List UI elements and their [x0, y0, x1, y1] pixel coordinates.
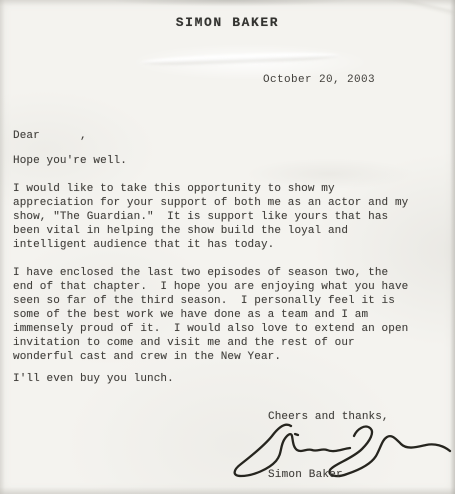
paragraph-greeting: Hope you're well. — [13, 154, 445, 168]
paragraph-lunch: I'll even buy you lunch. — [13, 372, 445, 386]
paragraph-appreciation: I would like to take this opportunity to… — [13, 182, 445, 252]
typed-signature-name: Simon Baker — [268, 469, 343, 481]
letter-date: October 20, 2003 — [263, 74, 375, 86]
salutation: Dear , — [13, 129, 445, 143]
paragraph-enclosure: I have enclosed the last two episodes of… — [13, 266, 445, 364]
letterhead-name: SIMON BAKER — [0, 15, 455, 30]
letter-page: SIMON BAKER October 20, 2003 Dear , Hope… — [0, 0, 455, 494]
paper-crease — [140, 51, 340, 68]
